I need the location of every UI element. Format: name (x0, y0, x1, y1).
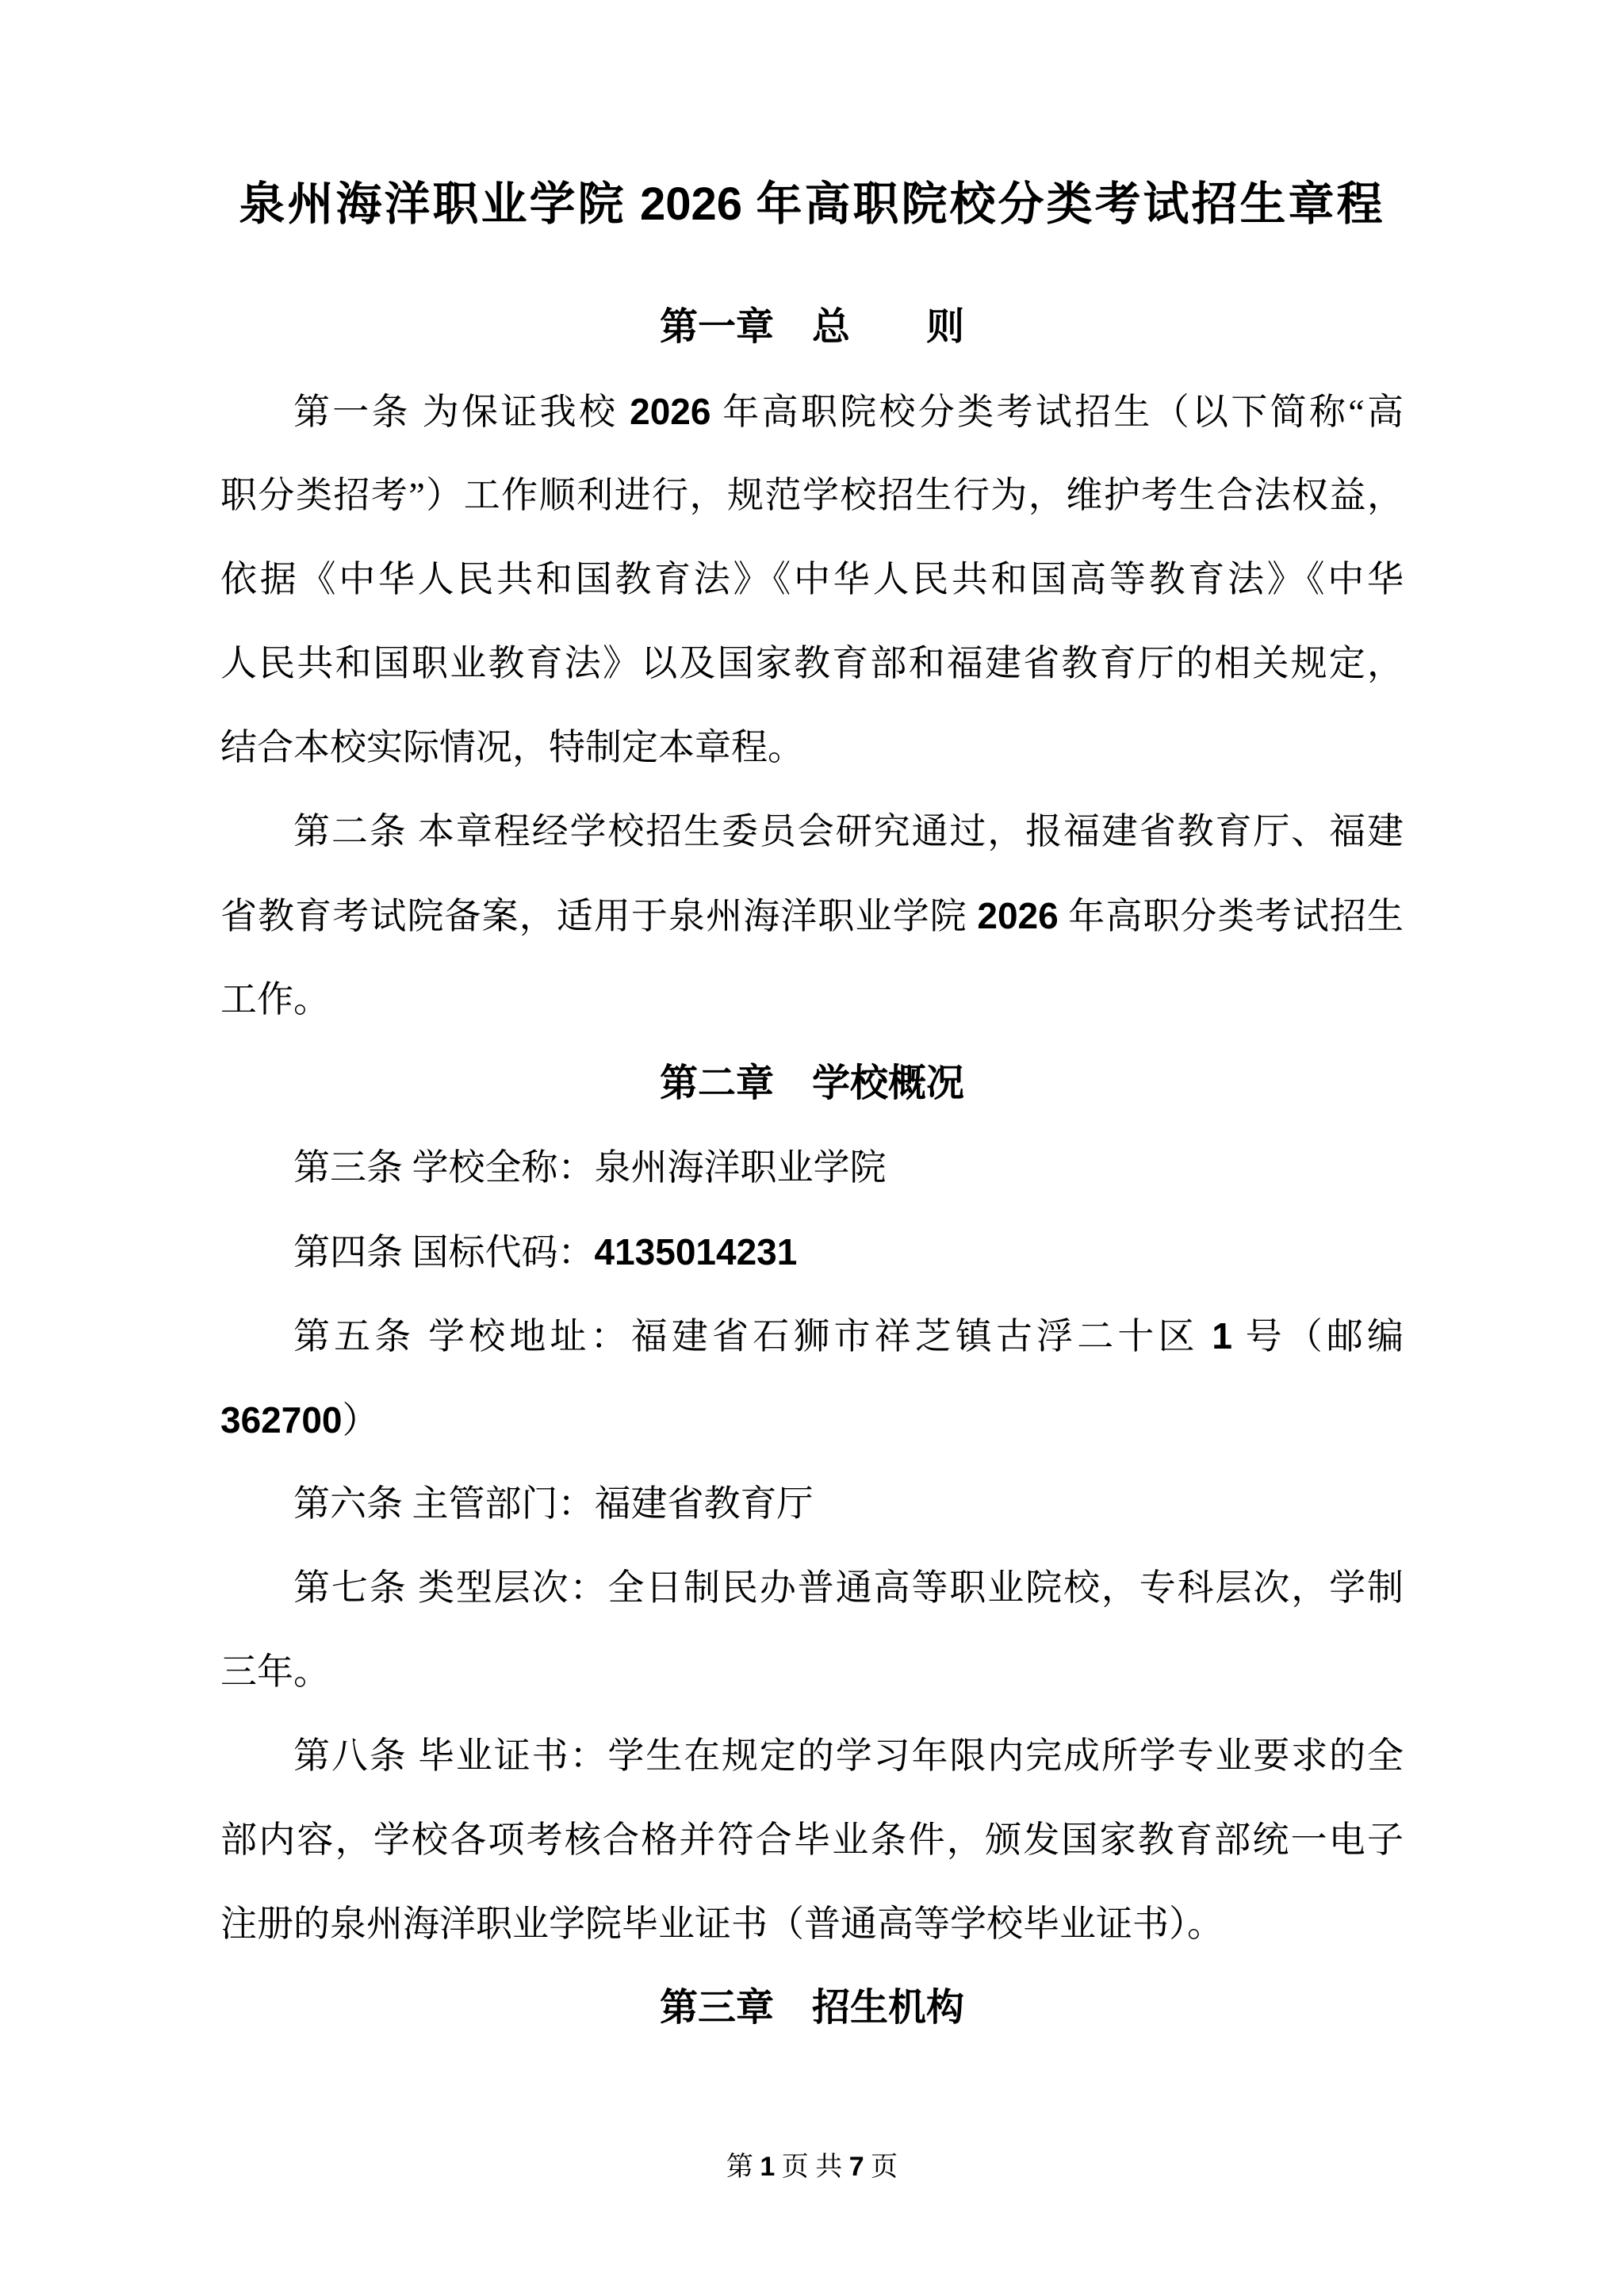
document-line: 三年。 (220, 1630, 1404, 1714)
document-line: 人民共和国职业教育法》以及国家教育部和福建省教育厅的相关规定， (220, 622, 1404, 706)
document-line: 第八条 毕业证书：学生在规定的学习年限内完成所学专业要求的全 (220, 1714, 1404, 1798)
document-title: 泉州海洋职业学院 2026 年高职院校分类考试招生章程 (220, 157, 1404, 252)
number-text: 2026 (630, 391, 710, 432)
document-line: 注册的泉州海洋职业学院毕业证书（普通高等学校毕业证书）。 (220, 1882, 1404, 1966)
number-text: 2026 (640, 178, 742, 230)
document-line: 省教育考试院备案，适用于泉州海洋职业学院 2026 年高职分类考试招生 (220, 874, 1404, 958)
number-text: 1 (760, 2152, 775, 2182)
document-line: 职分类招考”）工作顺利进行，规范学校招生行为，维护考生合法权益， (220, 453, 1404, 538)
document-line: 第六条 主管部门：福建省教育厅 (220, 1462, 1404, 1546)
document-line: 第二条 本章程经学校招生委员会研究通过，报福建省教育厅、福建 (220, 790, 1404, 874)
document-line: 第四条 国标代码：4135014231 (220, 1210, 1404, 1294)
number-text: 2026 (977, 895, 1058, 936)
document-line: 第三条 学校全称：泉州海洋职业学院 (220, 1126, 1404, 1210)
chapter-heading: 第三章 招生机构 (220, 1966, 1404, 2050)
document-line: 第五条 学校地址：福建省石狮市祥芝镇古浮二十区 1 号（邮编 (220, 1294, 1404, 1378)
document-line: 第七条 类型层次：全日制民办普通高等职业院校，专科层次，学制 (220, 1546, 1404, 1630)
document-page: 泉州海洋职业学院 2026 年高职院校分类考试招生章程 第一章 总 则第一条 为… (0, 0, 1624, 2296)
document-body: 第一章 总 则第一条 为保证我校 2026 年高职院校分类考试招生（以下简称“高… (220, 285, 1404, 2050)
chapter-heading: 第二章 学校概况 (220, 1042, 1404, 1126)
document-line: 工作。 (220, 958, 1404, 1042)
document-line: 依据《中华人民共和国教育法》《中华人民共和国高等教育法》《中华 (220, 538, 1404, 622)
page-footer: 第 1 页 共 7 页 (0, 2150, 1624, 2184)
chapter-heading: 第一章 总 则 (220, 285, 1404, 369)
document-line: 部内容，学校各项考核合格并符合毕业条件，颁发国家教育部统一电子 (220, 1798, 1404, 1882)
number-text: 362700 (220, 1399, 343, 1441)
number-text: 7 (849, 2152, 864, 2182)
document-line: 362700） (220, 1378, 1404, 1462)
number-text: 4135014231 (595, 1231, 798, 1272)
number-text: 1 (1212, 1315, 1232, 1357)
document-line: 结合本校实际情况，特制定本章程。 (220, 706, 1404, 790)
document-line: 第一条 为保证我校 2026 年高职院校分类考试招生（以下简称“高 (220, 369, 1404, 453)
document-content: 泉州海洋职业学院 2026 年高职院校分类考试招生章程 第一章 总 则第一条 为… (220, 157, 1404, 2050)
